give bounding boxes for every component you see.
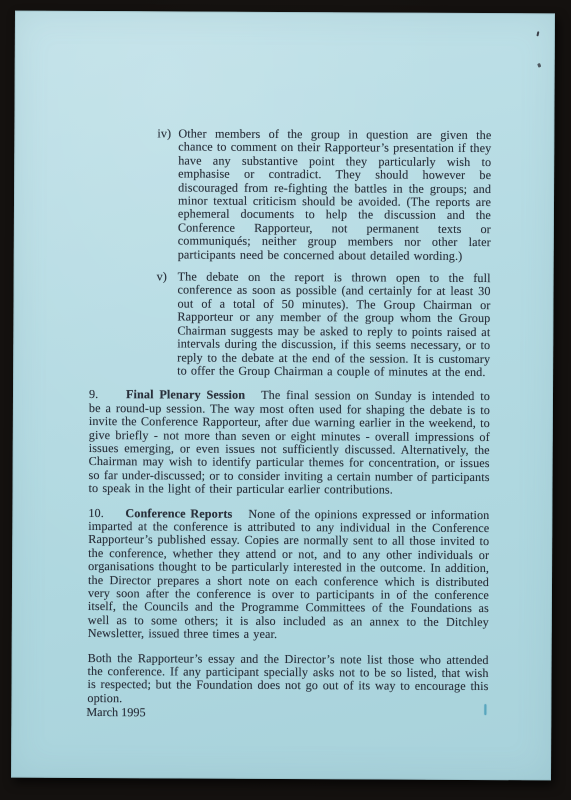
ink-speck-lower [537, 63, 541, 68]
list-item-iv-marker: iv) [157, 127, 171, 140]
list-item-v-marker: v) [157, 270, 167, 283]
document-page: iv)Other members of the group in questio… [11, 11, 555, 781]
list-item-iv: iv)Other members of the group in questio… [178, 127, 492, 263]
list-item-v-text: The debate on the report is thrown open … [177, 270, 491, 379]
section-final-plenary: 9.Final Plenary SessionThe final session… [88, 388, 490, 497]
section-text: The final session on Sunday is intended … [88, 388, 490, 497]
ink-speck-top [536, 31, 539, 36]
section-text: None of the opinions expressed or inform… [88, 506, 490, 641]
section-heading: Final Plenary Session [126, 387, 245, 402]
date-footer: March 1995 [86, 705, 145, 720]
section-conference-reports: 10.Conference ReportsNone of the opinion… [88, 507, 490, 643]
section-heading: Conference Reports [125, 506, 232, 521]
pen-mark [484, 704, 486, 715]
list-item-v: v)The debate on the report is thrown ope… [177, 271, 491, 380]
page-content: iv)Other members of the group in questio… [87, 127, 491, 716]
closing-paragraph: Both the Rapporteur’s essay and the Dire… [87, 652, 488, 708]
scan-background: iv)Other members of the group in questio… [0, 0, 571, 800]
list-item-iv-text: Other members of the group in question a… [178, 126, 492, 262]
